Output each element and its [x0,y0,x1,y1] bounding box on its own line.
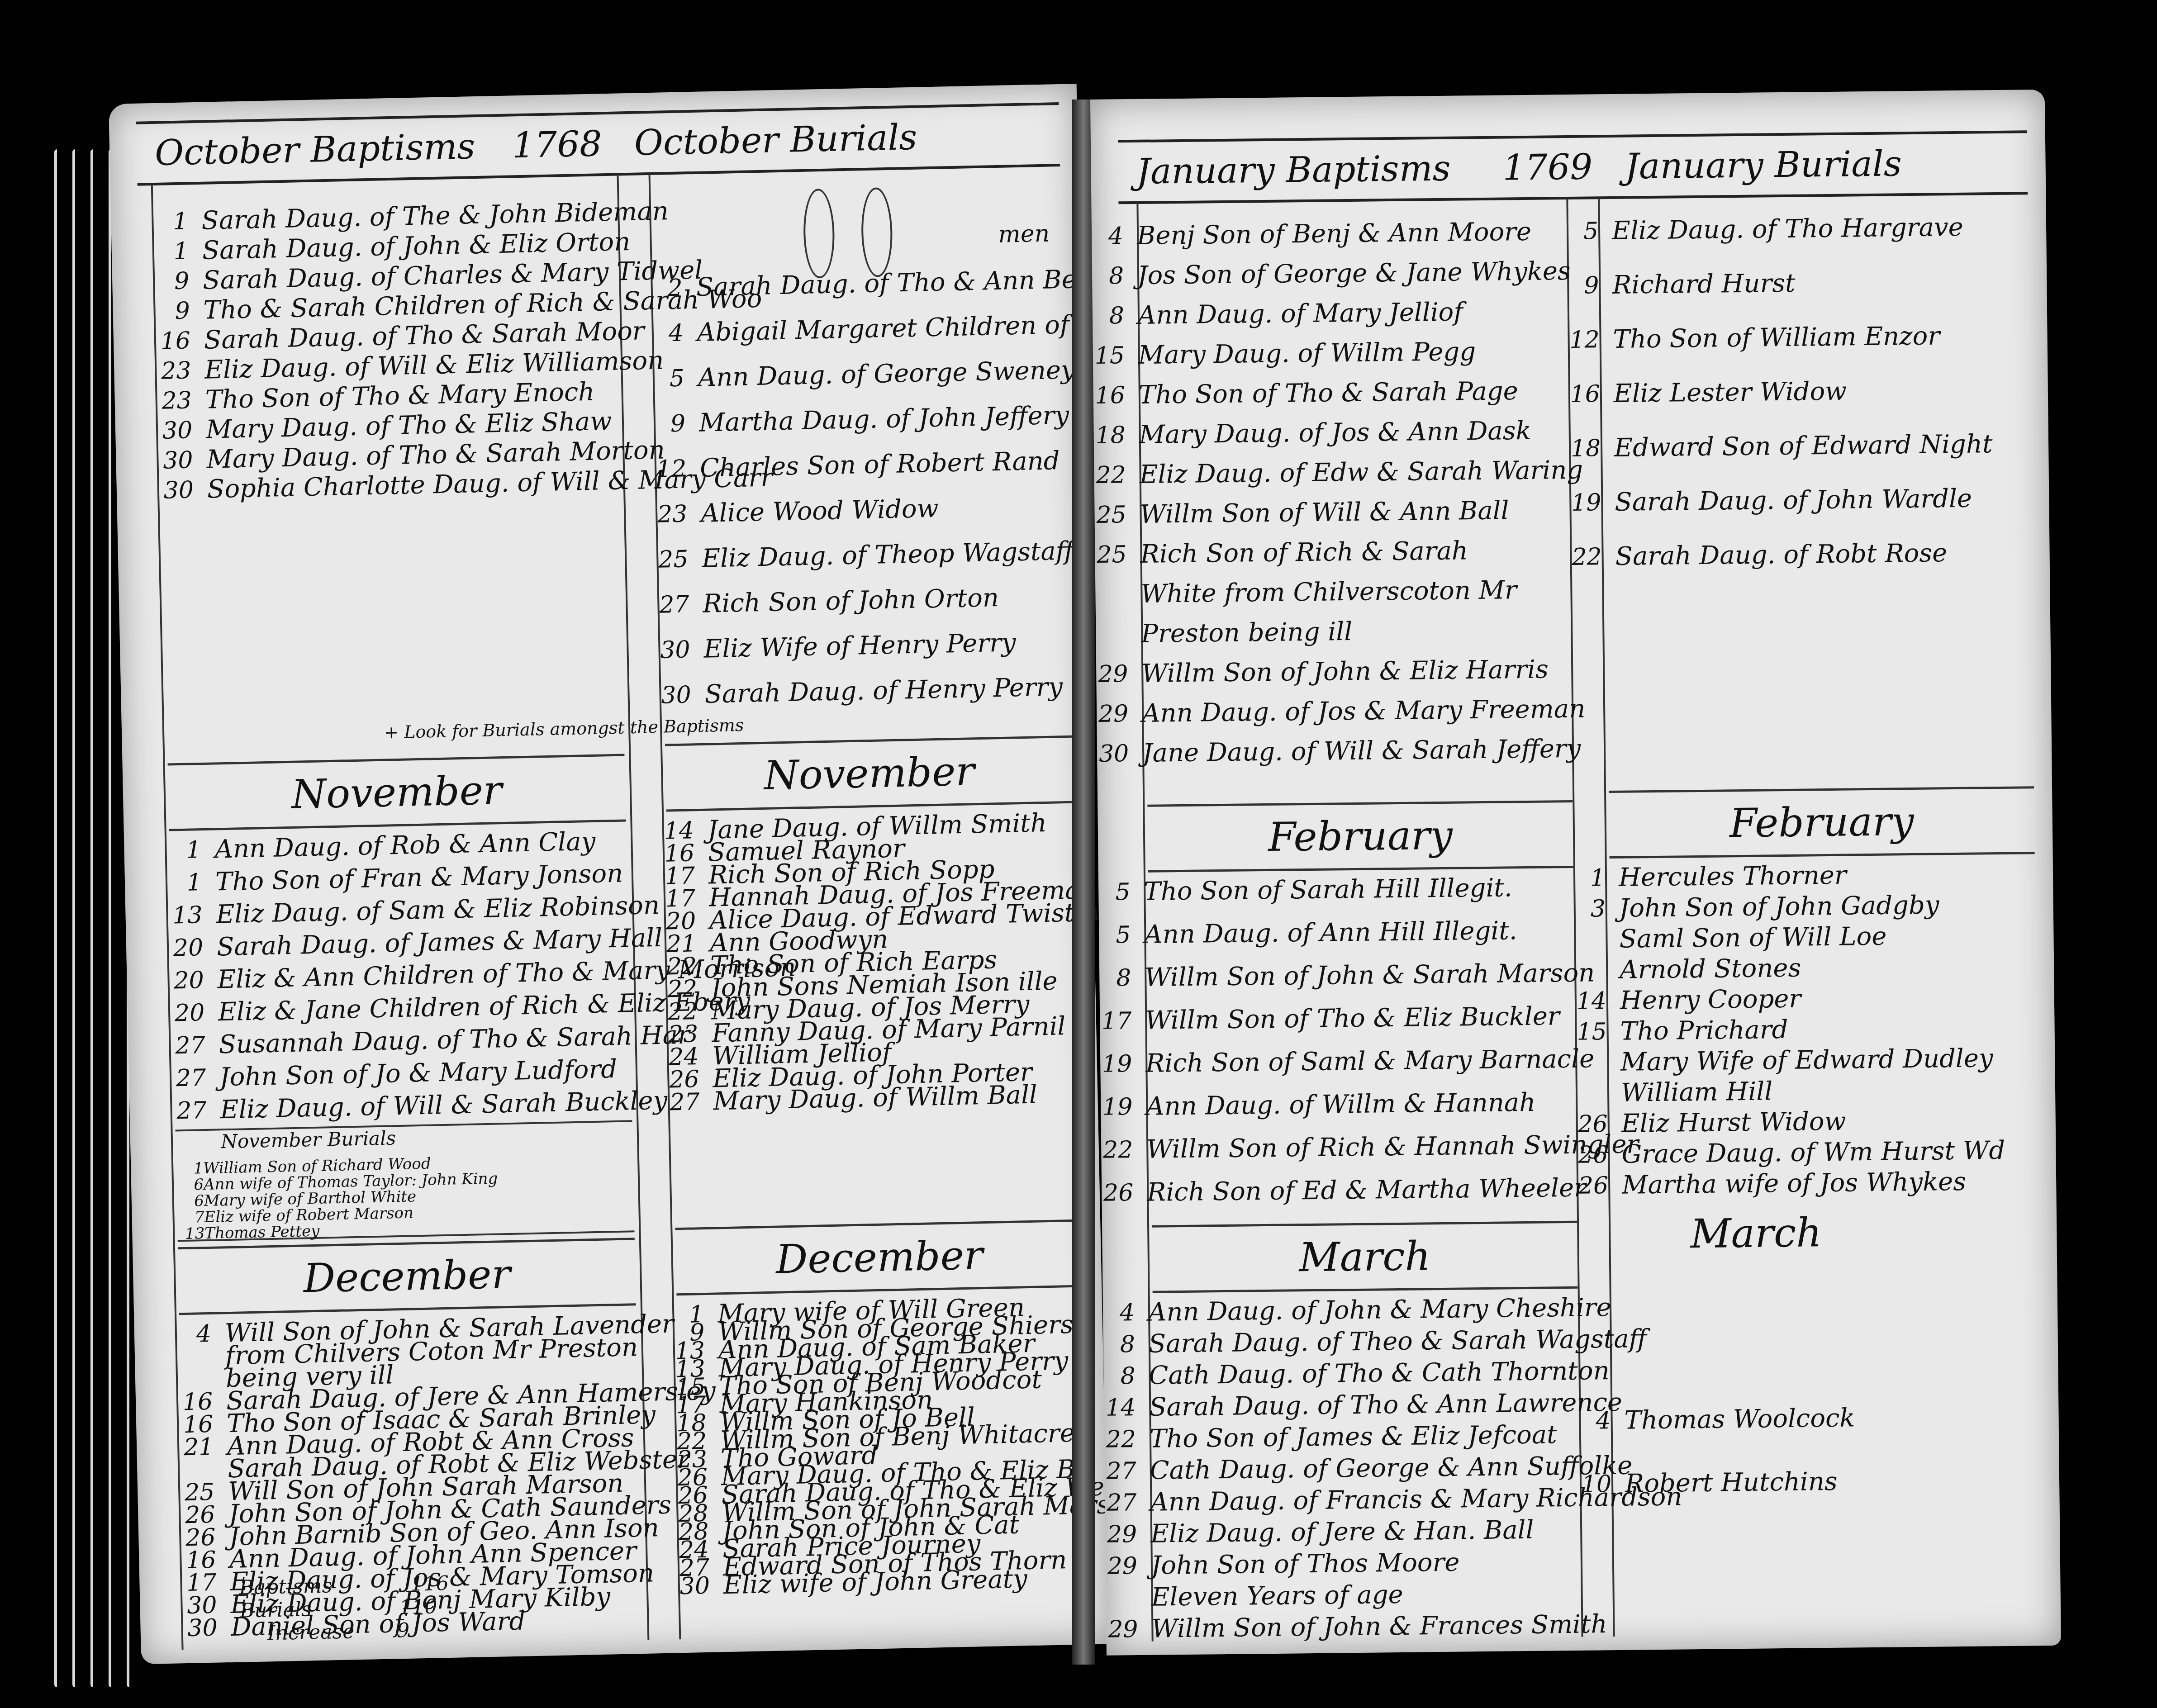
entry-day: 8 [1093,301,1125,331]
entry-text: Tho Son of Fran & Mary Jonson [215,859,623,897]
entry-day: 17 [1100,1006,1132,1036]
total-burials-prior: 110 [399,1595,437,1619]
entry-day: 20 [171,933,203,963]
entry-day: 30 [161,445,193,475]
entry-text: Eliz Daug. of Tho Hargrave [1612,213,1963,246]
entry-day: 12 [1568,325,1600,355]
entry-text: Tho Son of James & Eliz Jefcoat [1150,1420,1557,1454]
left-page: October Baptisms 1768 October Burials me… [109,84,1109,1664]
entry-day: 25 [1094,500,1126,530]
entry-day: 4 [1092,221,1124,251]
entry-text: Martha Daug. of John Jeffery [698,401,1069,438]
entry-day: 30 [678,1571,710,1601]
entry-text: Cath Daug. of Tho & Cath Thornton [1149,1356,1610,1391]
march-burials-label: March [1690,1209,1822,1257]
entry-day: 9 [653,408,685,439]
entry-day: 2 [651,273,683,304]
entry-text: Preston being ill [1141,617,1352,649]
entry-text: Martha wife of Jos Whykes [1622,1167,1966,1200]
entry-day: 4 [1103,1298,1135,1328]
entry-day: 5 [652,363,684,394]
entry-text: Ann Daug. of Rob & Ann Clay [214,827,596,865]
november-burials-label: November [665,735,1074,812]
entry-text: Eliz Lester Widow [1614,377,1847,409]
entry-day: 26 [1576,1109,1608,1139]
november-baptisms-label: November [168,754,626,831]
entry-day: 1 [170,868,202,898]
entry-day: 1 [157,236,189,266]
book-gutter [1072,100,1095,1665]
entry-day: 22 [1570,542,1602,572]
december-burials-label: December [675,1219,1083,1295]
entry-day: 26 [1576,1140,1608,1170]
entry-text: Willm Son of John & Eliz Harris [1141,655,1549,688]
entry-day [1106,1583,1137,1583]
entry-text: Thomas Pettey [204,1216,320,1248]
header-year: 1769 [1502,138,1593,197]
entry-text: Willm Son of Rich & Hannah Swingler [1146,1129,1639,1164]
entry-day: 23 [160,385,192,416]
entry-text: John Son of Thos Moore [1151,1548,1460,1581]
entry-text: Ann Daug. of Mary Jelliof [1138,297,1463,331]
entry-text: Eliz Daug. of Will & Sarah Buckley [220,1086,668,1125]
entry-day: 13 [173,1219,205,1249]
entry-day: 27 [1105,1488,1137,1518]
entry-text: Willm Son of Will & Ann Ball [1140,496,1509,530]
march-baptisms-label: March [1152,1221,1578,1293]
total-baptisms-value: 116 [411,1572,449,1596]
entry-day: 5 [1099,920,1131,950]
entry-text: Mary Daug. of Jos & Ann Dask [1139,416,1531,450]
entry-text: Rich Son of Ed & Martha Wheeler [1147,1173,1586,1208]
total-burials-label: Burials [239,1598,312,1622]
entry-day [1576,1078,1607,1079]
totals: Baptisms 116 Burials 110 Increase 9 [239,1572,450,1646]
entry-text: Tho Son of Sarah Hill Illegit. [1144,873,1512,907]
entry-day: 9 [157,266,190,296]
entry-day: 23 [656,499,688,529]
entry-text: Mary Daug. of Willm Pegg [1138,337,1476,370]
entry-text: Henry Cooper [1620,984,1801,1016]
entry-text: Sarah Daug. of Tho & Ann Bead [696,264,1108,303]
entry-day: 1 [1573,863,1606,893]
entry-day: 22 [1094,460,1126,490]
entry-text: Grace Daug. of Wm Hurst Wd [1621,1136,2005,1170]
entry-day: 30 [185,1613,218,1643]
entry-text: Richard Hurst [1612,269,1796,300]
entry-day: 25 [656,544,689,574]
entry-text: Cath Daug. of George & Ann Suffolke [1150,1451,1632,1486]
entry-day: 30 [1097,739,1129,769]
entry-text: John Son of Jo & Mary Ludford [219,1054,617,1092]
march-burials-list: 4Thomas Woolcock10Robert Hutchins [1583,1401,2036,1406]
entry-text: Arnold Stones [1620,954,1801,985]
entry-day: 14 [1575,986,1607,1016]
entry-day: 30 [162,475,194,505]
header-october-burials: October Burials [634,108,918,173]
entry-day: 5 [1567,216,1599,247]
entry-day: 23 [159,356,191,386]
entry-day: 29 [1097,699,1129,729]
entry-text: Eleven Years of age [1151,1580,1403,1613]
entry-day: 8 [1103,1361,1136,1391]
entry-day: 22 [1104,1424,1136,1455]
inset-title: November Burials [221,1127,396,1153]
increase-label: Increase [267,1620,354,1645]
entry-text: Rich Son of Saml & Mary Barnacle [1145,1044,1594,1078]
entry-text: Tho Prichard [1620,1015,1788,1047]
entry-day: 16 [158,326,190,356]
entry-day: 5 [1098,877,1131,907]
entry-day: 8 [1099,963,1131,993]
entry-text: Willm Son of John & Frances Smith [1151,1609,1607,1644]
entry-text: Eliz Hurst Widow [1621,1107,1846,1139]
increase-value: 9 [397,1619,410,1642]
february-burials-label: February [1609,786,2035,859]
entry-text: Eliz Daug. of Sam & Eliz Robinson [216,891,660,930]
entry-day: 27 [173,1030,205,1061]
november-burials-inset: November Burials 1William Son of Richard… [176,1120,635,1242]
entry-text: White from Chilverscoton Mr [1140,575,1517,609]
right-page: January Baptisms 1769 January Burials 4B… [1090,90,2061,1656]
entry-text: Eliz Daug. of Theop Wagstaff [702,536,1074,574]
entry-text: Tho Son of Tho & Sarah Page [1139,376,1519,410]
january-burials-list: 5Eliz Daug. of Tho Hargrave9Richard Hurs… [1571,212,2024,216]
entry-text: Eliz Daug. of Jere & Han. Ball [1150,1515,1534,1549]
entry-text: Thomas Woolcock [1624,1403,1855,1435]
entry-text: Susannah Daug. of Tho & Sarah Har [219,1020,690,1060]
entry-day: 29 [1106,1614,1138,1645]
entry-text: Sarah Daug. of Robt Rose [1615,538,1947,572]
entry-text: Hercules Thorner [1619,861,1847,893]
entry-day: 27 [174,1063,206,1093]
entry-day: 12 [654,454,686,484]
entry-text: Edward Son of Edward Night [1614,429,1993,463]
entry-text: Rich Son of John Orton [703,583,999,619]
entry-day: 26 [1102,1178,1134,1208]
entry-day: 1 [156,206,188,237]
entry-day: 19 [1101,1092,1133,1122]
entry-day: 19 [1100,1049,1132,1079]
entry-day: 30 [658,635,690,665]
entry-text: Ann Daug. of John & Mary Cheshire [1148,1293,1611,1328]
entry-text: William Hill [1621,1077,1773,1108]
february-baptisms-label: February [1147,800,1573,873]
entry-day: 15 [1575,1017,1607,1047]
entry-day: 30 [160,415,192,446]
entry-day: 18 [1093,420,1126,451]
entry-text: Charles Son of Robert Rand [699,446,1060,484]
entry-text: Eliz wife of John Greaty [723,1564,1027,1600]
entry-day: 15 [1093,341,1125,371]
total-baptisms-label: Baptisms [239,1574,332,1599]
entry-day: 8 [1103,1329,1135,1360]
entry-day: 16 [1568,379,1601,409]
entry-day: 21 [182,1432,214,1462]
entry-text: Sarah Daug. of Tho & Ann Lawrence [1149,1388,1622,1423]
entry-day: 25 [1095,540,1127,570]
entry-day: 27 [668,1087,700,1117]
entry-text: Ann Daug. of George Sweney [698,355,1075,393]
entry-text: Tho Son of William Enzor [1613,321,1940,355]
entry-text: Mary Daug. of Willm Ball [713,1080,1038,1116]
entry-text: Sarah Daug. of Henry Perry [704,672,1063,710]
header-year: 1768 [512,114,603,175]
entry-day: 22 [1101,1135,1133,1165]
entry-text: Eliz Daug. of Edw & Sarah Waring [1139,455,1583,490]
entry-day: 8 [1092,261,1124,291]
entry-day [1574,955,1606,956]
december-baptisms-label: December [178,1238,636,1315]
entry-text: Sarah Daug. of John Wardle [1615,484,1972,517]
entry-day: 13 [171,900,203,930]
entry-day: 4 [651,318,684,349]
entry-day: 4 [1579,1406,1611,1436]
entry-text: Ann Daug. of Ann Hill Illegit. [1144,916,1517,950]
entry-day: 29 [1096,659,1128,689]
entry-day: 20 [172,998,204,1028]
entry-day: 9 [158,296,190,326]
entry-day: 19 [1569,488,1601,518]
february-baptisms-list: 5Tho Son of Sarah Hill Illegit.5Ann Daug… [1103,873,1573,878]
entry-day [180,1364,212,1365]
entry-day [1096,619,1127,620]
entry-day [1574,925,1606,925]
margin-note-men: men [998,220,1050,248]
entry-text: Mary Wife of Edward Dudley [1620,1044,1993,1077]
entry-day: 9 [1567,270,1599,301]
entry-day [1095,579,1127,580]
entry-text: John Son of John Gadgby [1619,890,1939,923]
header-january-baptisms: January Baptisms [1136,139,1451,201]
entry-text: Robert Hutchins [1625,1467,1838,1499]
entry-day: 14 [1104,1393,1136,1423]
entry-text: Ann Daug. of Willm & Hannah [1146,1088,1536,1122]
entry-text: Willm Son of John & Sarah Marson [1145,958,1595,992]
entry-text: Jane Daug. of Will & Sarah Jeffery [1142,734,1581,769]
march-baptisms-list: 4Ann Daug. of John & Mary Cheshire8Sarah… [1107,1293,1578,1298]
seal-marks [803,187,920,280]
entry-day: 29 [1105,1519,1137,1550]
october-baptisms-list: 1Sarah Daug. of The & John Bideman1Sarah… [161,198,613,207]
january-baptisms-list: 4Benj Son of Benj & Ann Moore8Jos Son of… [1096,217,1567,222]
february-burials-list: 1Hercules Thorner3John Son of John Gadgb… [1578,859,2030,863]
entry-text: Sarah Daug. of Theo & Sarah Wagstaff [1148,1324,1647,1359]
header-january-burials: January Burials [1625,134,1902,196]
entry-text: Jos Son of George & Jane Whykes [1137,256,1571,291]
entry-text: Rich Son of Rich & Sarah [1140,536,1468,569]
look-for-burials-annotation: + Look for Burials amongst the Baptisms [384,715,744,743]
header-october-baptisms: October Baptisms [154,117,476,183]
entry-day: 29 [1106,1551,1138,1581]
entry-text: Saml Son of Will Loe [1619,922,1887,954]
entry-text: Willm Son of Tho & Eliz Buckler [1145,1001,1560,1036]
entry-text: Eliz Wife of Henry Perry [703,628,1016,664]
entry-day: 10 [1580,1469,1612,1499]
entry-text: Alice Wood Widow [701,494,939,529]
entry-day: 26 [1577,1171,1609,1201]
entry-day: 30 [659,680,691,710]
entry-day: 4 [179,1319,211,1349]
entry-day: 20 [172,965,204,996]
entry-day: 27 [175,1096,207,1126]
entry-day: 27 [1104,1456,1136,1486]
right-page-header: January Baptisms 1769 January Burials [1118,130,2028,204]
entry-text: Sarah Daug. of James & Mary Hall [216,923,662,963]
entry-day: 16 [1093,380,1126,411]
entry-text: Ann Daug. of Jos & Mary Freeman [1142,694,1586,729]
entry-day: 1 [169,835,201,865]
entry-day: 27 [657,589,689,620]
entry-day: 3 [1573,894,1606,924]
left-page-header: October Baptisms 1768 October Burials [136,102,1060,186]
entry-day: 18 [1569,433,1601,464]
entry-text: Benj Son of Benj & Ann Moore [1137,217,1532,251]
